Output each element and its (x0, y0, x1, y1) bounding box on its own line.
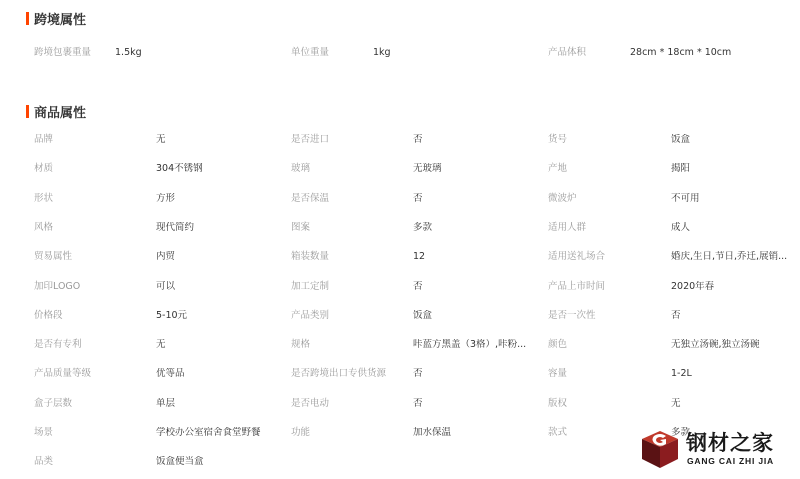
attr-label: 适用人群 (548, 222, 586, 234)
attr-label: 盒子层数 (34, 398, 72, 410)
attr-label: 是否有专利 (34, 339, 82, 351)
attr-label: 版权 (548, 398, 567, 410)
attr-value: 1-2L (671, 368, 692, 380)
attr-value: 无 (671, 398, 681, 410)
attr-value: 内贸 (156, 251, 175, 263)
attr-label: 功能 (291, 427, 310, 439)
attr-label: 单位重量 (291, 47, 329, 59)
attr-label: 是否跨境出口专供货源 (291, 368, 386, 380)
attr-value: 否 (671, 310, 681, 322)
attr-label: 价格段 (34, 310, 63, 322)
attr-label: 形状 (34, 193, 53, 205)
attr-value: 可以 (156, 281, 175, 293)
attr-value: 否 (413, 281, 423, 293)
attr-value: 成人 (671, 222, 690, 234)
attr-value: 304不锈钢 (156, 163, 203, 175)
attr-value: 无 (156, 134, 166, 146)
attr-value: 无玻璃 (413, 163, 442, 175)
section-accent-bar (26, 105, 29, 118)
attr-value: 婚庆,生日,节日,乔迁,展销... (671, 251, 787, 263)
watermark-logo: 钢材之家 GANG CAI ZHI JIA (640, 425, 800, 471)
attr-value: 1kg (373, 47, 391, 59)
attr-value: 优等品 (156, 368, 185, 380)
watermark-name-en: GANG CAI ZHI JIA (687, 456, 774, 466)
attr-label: 微波炉 (548, 193, 577, 205)
attr-value: 加水保温 (413, 427, 451, 439)
attr-label: 材质 (34, 163, 53, 175)
attr-label: 加印LOGO (34, 281, 80, 293)
attr-value: 2020年春 (671, 281, 714, 293)
attr-label: 贸易属性 (34, 251, 72, 263)
attr-label: 玻璃 (291, 163, 310, 175)
attr-label: 适用送礼场合 (548, 251, 605, 263)
attr-value: 饭盒 (413, 310, 432, 322)
attr-label: 图案 (291, 222, 310, 234)
attr-value: 1.5kg (115, 47, 142, 59)
attr-value: 否 (413, 398, 423, 410)
attr-label: 产品质量等级 (34, 368, 91, 380)
attr-label: 产品上市时间 (548, 281, 605, 293)
attr-value: 5-10元 (156, 310, 187, 322)
attr-label: 是否一次性 (548, 310, 596, 322)
product-section-title: 商品属性 (26, 103, 86, 119)
attr-label: 规格 (291, 339, 310, 351)
section-title-text: 跨境属性 (34, 9, 86, 28)
attr-label: 场景 (34, 427, 53, 439)
attr-value: 咔蓝方黑盖（3格）,咔粉... (413, 339, 526, 351)
attr-label: 品牌 (34, 134, 53, 146)
attr-label: 是否电动 (291, 398, 329, 410)
attr-label: 容量 (548, 368, 567, 380)
attr-value: 28cm * 18cm * 10cm (630, 47, 731, 59)
watermark-name-cn: 钢材之家 (686, 427, 774, 457)
attr-value: 饭盒便当盒 (156, 456, 204, 468)
attr-label: 产品体积 (548, 47, 586, 59)
attr-value: 不可用 (671, 193, 700, 205)
attr-value: 学校办公室宿舍食堂野餐 (156, 427, 261, 439)
attr-label: 颜色 (548, 339, 567, 351)
attr-value: 方形 (156, 193, 175, 205)
cube-g-logo-icon (640, 427, 680, 469)
attr-label: 货号 (548, 134, 567, 146)
attr-value: 多款 (413, 222, 432, 234)
section-accent-bar (26, 12, 29, 25)
attr-label: 跨境包裹重量 (34, 47, 91, 59)
product-attributes-page: 跨境属性 跨境包裹重量 1.5kg 单位重量 1kg 产品体积 28cm * 1… (0, 0, 800, 479)
attr-value: 无独立汤碗,独立汤碗 (671, 339, 760, 351)
attr-value: 饭盒 (671, 134, 690, 146)
attr-label: 箱装数量 (291, 251, 329, 263)
attr-value: 否 (413, 193, 423, 205)
attr-label: 产品类别 (291, 310, 329, 322)
attr-label: 是否进口 (291, 134, 329, 146)
attr-value: 12 (413, 251, 425, 263)
attr-label: 风格 (34, 222, 53, 234)
section-title-text: 商品属性 (34, 102, 86, 121)
attr-label: 产地 (548, 163, 567, 175)
attr-value: 否 (413, 368, 423, 380)
cross-border-section-title: 跨境属性 (26, 10, 86, 26)
attr-label: 加工定制 (291, 281, 329, 293)
attr-label: 品类 (34, 456, 53, 468)
attr-value: 无 (156, 339, 166, 351)
attr-value: 揭阳 (671, 163, 690, 175)
attr-value: 单层 (156, 398, 175, 410)
attr-label: 是否保温 (291, 193, 329, 205)
attr-label: 款式 (548, 427, 567, 439)
attr-value: 现代简约 (156, 222, 194, 234)
attr-value: 否 (413, 134, 423, 146)
